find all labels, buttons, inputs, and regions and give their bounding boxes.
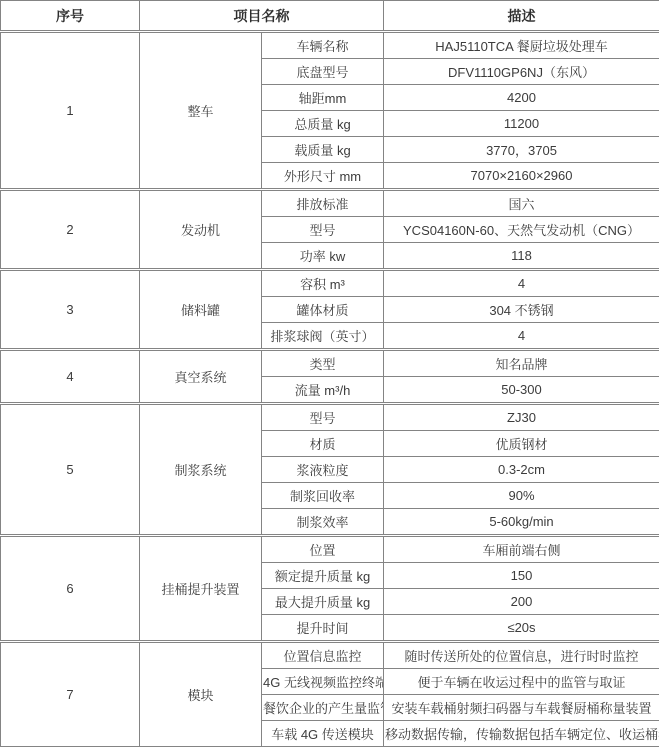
spec-label: 4G 无线视频监控终端: [262, 669, 384, 695]
spec-value: 4: [384, 270, 659, 297]
spec-value: 国六: [384, 190, 659, 217]
section-index: 3: [1, 270, 140, 350]
spec-value: 90%: [384, 483, 659, 509]
spec-label: 载质量 kg: [262, 137, 384, 163]
spec-label: 额定提升质量 kg: [262, 563, 384, 589]
spec-value: 11200: [384, 111, 659, 137]
header-col-item-name: 项目名称: [140, 1, 384, 32]
spec-value: ZJ30: [384, 404, 659, 431]
vehicle-spec-table: 序号 项目名称 描述 1 整车 车辆名称 HAJ5110TCA 餐厨垃圾处理车 …: [0, 0, 659, 747]
section-index: 2: [1, 190, 140, 270]
spec-label: 位置: [262, 536, 384, 563]
spec-label: 外形尺寸 mm: [262, 163, 384, 190]
spec-label: 罐体材质: [262, 297, 384, 323]
table-row: 4 真空系统 类型 知名品牌: [1, 350, 659, 377]
spec-label: 类型: [262, 350, 384, 377]
header-col-description: 描述: [384, 1, 659, 32]
spec-label: 容积 m³: [262, 270, 384, 297]
spec-label: 总质量 kg: [262, 111, 384, 137]
spec-label: 排浆球阀（英寸）: [262, 323, 384, 350]
section-index: 7: [1, 642, 140, 747]
spec-label: 制浆回收率: [262, 483, 384, 509]
section-index: 5: [1, 404, 140, 536]
spec-label: 底盘型号: [262, 59, 384, 85]
table-row: 5 制浆系统 型号 ZJ30: [1, 404, 659, 431]
spec-value: 3770，3705: [384, 137, 659, 163]
spec-value: 150: [384, 563, 659, 589]
table-row: 1 整车 车辆名称 HAJ5110TCA 餐厨垃圾处理车: [1, 32, 659, 59]
spec-label: 浆液粒度: [262, 457, 384, 483]
table-row: 7 模块 位置信息监控 随时传送所处的位置信息，进行时时监控: [1, 642, 659, 669]
spec-label: 材质: [262, 431, 384, 457]
spec-label: 排放标准: [262, 190, 384, 217]
table-row: 3 储料罐 容积 m³ 4: [1, 270, 659, 297]
header-col-index: 序号: [1, 1, 140, 32]
spec-value: 304 不锈钢: [384, 297, 659, 323]
spec-value: 200: [384, 589, 659, 615]
table-row: 6 挂桶提升装置 位置 车厢前端右侧: [1, 536, 659, 563]
section-name: 制浆系统: [140, 404, 262, 536]
spec-label: 型号: [262, 217, 384, 243]
section-name: 挂桶提升装置: [140, 536, 262, 642]
spec-value: YCS04160N-60、天然气发动机（CNG）: [384, 217, 659, 243]
spec-label: 流量 m³/h: [262, 377, 384, 404]
spec-label: 轴距mm: [262, 85, 384, 111]
section-index: 6: [1, 536, 140, 642]
spec-value: 7070×2160×2960: [384, 163, 659, 190]
section-name: 发动机: [140, 190, 262, 270]
spec-value: 安装车载桶射频扫码器与车载餐厨桶称量装置: [384, 695, 659, 721]
spec-label: 车载 4G 传送模块: [262, 721, 384, 747]
table-header-row: 序号 项目名称 描述: [1, 1, 659, 32]
section-name: 模块: [140, 642, 262, 747]
table-row: 2 发动机 排放标准 国六: [1, 190, 659, 217]
spec-value: 0.3-2cm: [384, 457, 659, 483]
section-index: 4: [1, 350, 140, 404]
spec-value: 4200: [384, 85, 659, 111]
spec-label: 制浆效率: [262, 509, 384, 536]
spec-label: 提升时间: [262, 615, 384, 642]
section-index: 1: [1, 32, 140, 190]
spec-value: 车厢前端右侧: [384, 536, 659, 563]
spec-value: HAJ5110TCA 餐厨垃圾处理车: [384, 32, 659, 59]
spec-label: 型号: [262, 404, 384, 431]
spec-value: DFV1110GP6NJ（东风）: [384, 59, 659, 85]
spec-label: 餐饮企业的产生量监管: [262, 695, 384, 721]
spec-value: 5-60kg/min: [384, 509, 659, 536]
spec-value: 便于车辆在收运过程中的监管与取证: [384, 669, 659, 695]
spec-label: 功率 kw: [262, 243, 384, 270]
spec-value: ≤20s: [384, 615, 659, 642]
section-name: 储料罐: [140, 270, 262, 350]
spec-value: 优质钢材: [384, 431, 659, 457]
spec-value: 随时传送所处的位置信息，进行时时监控: [384, 642, 659, 669]
section-name: 真空系统: [140, 350, 262, 404]
spec-label: 最大提升质量 kg: [262, 589, 384, 615]
spec-value: 移动数据传输，传输数据包括车辆定位、收运桶参数: [384, 721, 659, 747]
spec-value: 4: [384, 323, 659, 350]
spec-label: 车辆名称: [262, 32, 384, 59]
section-name: 整车: [140, 32, 262, 190]
spec-value: 50-300: [384, 377, 659, 404]
spec-value: 118: [384, 243, 659, 270]
spec-value: 知名品牌: [384, 350, 659, 377]
spec-label: 位置信息监控: [262, 642, 384, 669]
